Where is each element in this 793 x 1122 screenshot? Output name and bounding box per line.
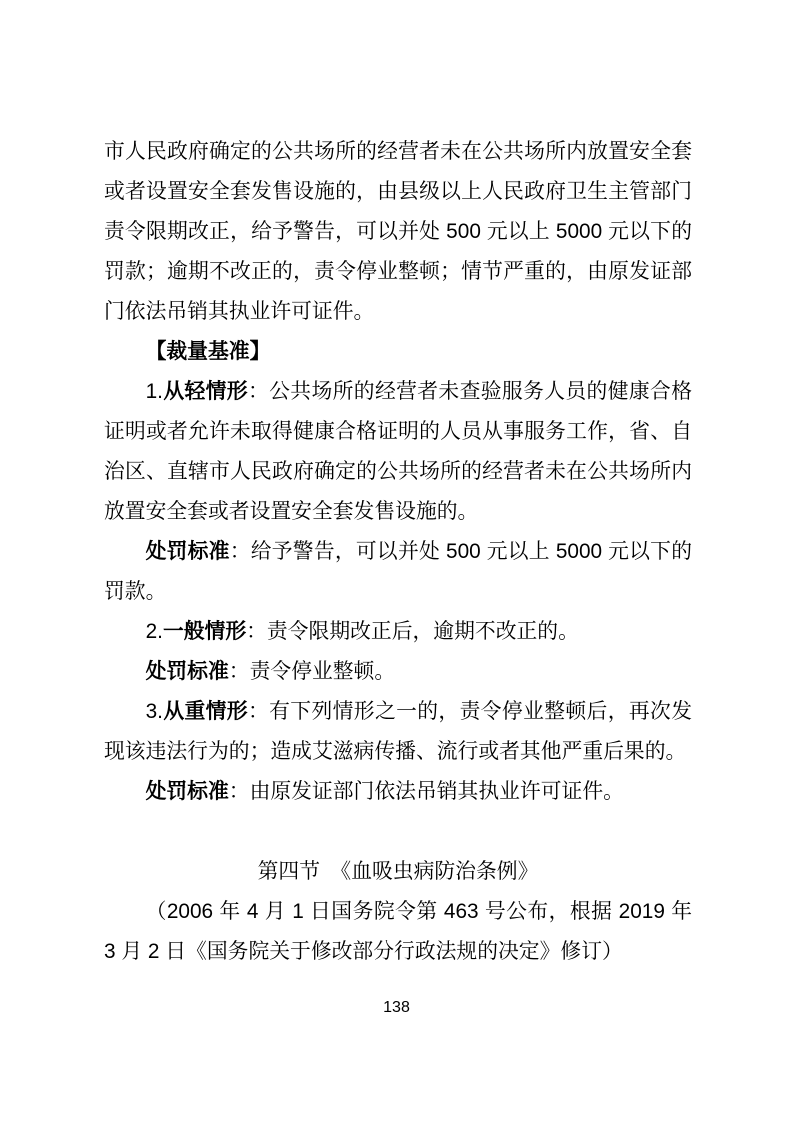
section-heading: 第四节 《血吸虫病防治条例》 [104,852,692,892]
text-run: ：责令限期改正后，逾期不改正的。 [246,620,579,643]
text-run: ：由原发证部门依法吊销其执业许可证件。 [229,780,624,803]
text-run: 第四节 《血吸虫病防治条例》 [258,860,539,883]
paragraph: 处罚标准：责令停业整顿。 [104,652,692,692]
bold-text-run: 从轻情形 [163,380,248,403]
bold-text-run: 从重情形 [163,700,248,723]
paragraph: 处罚标准：给予警告，可以并处 500 元以上 5000 元以下的罚款。 [104,532,692,612]
paragraph: 【裁量基准】 [104,332,692,372]
bold-text-run: 【裁量基准】 [146,340,271,363]
paragraph: （2006 年 4 月 1 日国务院令第 463 号公布，根据 2019 年 3… [104,892,692,972]
bold-text-run: 一般情形 [163,620,246,643]
text-run: （2006 年 4 月 1 日国务院令第 463 号公布，根据 2019 年 3… [104,900,692,963]
bold-text-run: 处罚标准 [146,660,229,683]
page-number: 138 [0,998,793,1018]
document-page: 市人民政府确定的公共场所的经营者未在公共场所内放置安全套或者设置安全套发售设施的… [0,0,793,1122]
bold-text-run: 处罚标准 [146,780,229,803]
paragraph: 1.从轻情形：公共场所的经营者未查验服务人员的健康合格证明或者允许未取得健康合格… [104,372,692,532]
paragraph: 2.一般情形：责令限期改正后，逾期不改正的。 [104,612,692,652]
text-run: 2. [146,620,163,643]
paragraph: 处罚标准：由原发证部门依法吊销其执业许可证件。 [104,772,692,812]
text-run: ：责令停业整顿。 [229,660,395,683]
document-body: 市人民政府确定的公共场所的经营者未在公共场所内放置安全套或者设置安全套发售设施的… [104,132,692,972]
text-run: 1. [146,380,163,403]
bold-text-run: 处罚标准 [146,540,230,563]
text-run: 3. [146,700,163,723]
paragraph-spacer [104,812,692,852]
paragraph: 3.从重情形：有下列情形之一的，责令停业整顿后，再次发现该违法行为的；造成艾滋病… [104,692,692,772]
text-run: 市人民政府确定的公共场所的经营者未在公共场所内放置安全套或者设置安全套发售设施的… [104,140,692,323]
paragraph: 市人民政府确定的公共场所的经营者未在公共场所内放置安全套或者设置安全套发售设施的… [104,132,692,332]
